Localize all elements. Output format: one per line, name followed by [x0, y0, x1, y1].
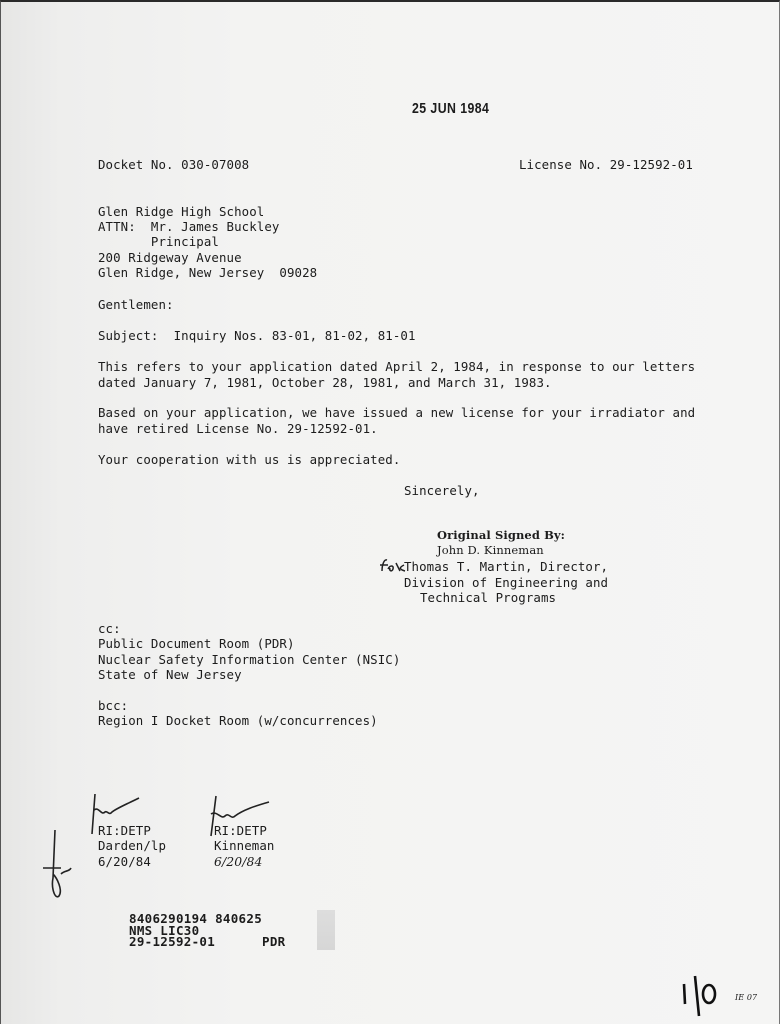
program-name: Technical Programs [420, 590, 556, 606]
addressee-line: Glen Ridge High School [98, 204, 264, 220]
original-signed-by: Original Signed By: [437, 528, 565, 544]
addressee-line: Principal [98, 234, 219, 250]
addressee-line: 200 Ridgeway Avenue [98, 250, 242, 266]
cc-item: Nuclear Safety Information Center (NSIC) [98, 652, 400, 668]
cc-label: cc: [98, 621, 121, 637]
handwritten-small-note: IE 07 [735, 990, 757, 1006]
date-stamp: 25 JUN 1984 [412, 101, 489, 117]
filing-stamp-line: 29-12592-01 PDR [129, 936, 286, 948]
concurrence-date: 6/20/84 [214, 854, 262, 870]
signer-name: John D. Kinneman [437, 543, 544, 559]
closing: Sincerely, [404, 483, 480, 499]
body-line: dated January 7, 1981, October 28, 1981,… [98, 375, 552, 391]
concurrence-name: Darden/lp [98, 838, 166, 854]
addressee-line: Glen Ridge, New Jersey 09028 [98, 265, 317, 281]
subject-line: Subject: Inquiry Nos. 83-01, 81-02, 81-0… [98, 328, 416, 344]
license-number: License No. 29-12592-01 [519, 157, 693, 173]
cc-item: State of New Jersey [98, 667, 242, 683]
letter-page: 25 JUN 1984 Docket No. 030-07008 License… [0, 0, 780, 1024]
scan-artifact [317, 910, 335, 950]
concurrence-name: Kinneman [214, 838, 274, 854]
bcc-item: Region I Docket Room (w/concurrences) [98, 713, 378, 729]
docket-number: Docket No. 030-07008 [98, 157, 249, 173]
division-name: Division of Engineering and [404, 575, 608, 591]
handwritten-page-mark [681, 974, 721, 1018]
body-line: Your cooperation with us is appreciated. [98, 452, 400, 468]
bcc-label: bcc: [98, 698, 128, 714]
director-name-title: Thomas T. Martin, Director, [404, 559, 608, 575]
cc-item: Public Document Room (PDR) [98, 636, 295, 652]
body-line: Based on your application, we have issue… [98, 405, 695, 421]
concurrence-office: RI:DETP [98, 823, 151, 839]
filing-stamp: 8406290194 840625 NMS LIC30 29-12592-01 … [129, 913, 286, 948]
body-line: This refers to your application dated Ap… [98, 359, 695, 375]
addressee-line: ATTN: Mr. James Buckley [98, 219, 279, 235]
body-line: have retired License No. 29-12592-01. [98, 421, 378, 437]
salutation: Gentlemen: [98, 297, 174, 313]
concurrence-office: RI:DETP [214, 823, 267, 839]
for-handwritten-mark [41, 828, 81, 900]
concurrence-date: 6/20/84 [98, 854, 151, 870]
